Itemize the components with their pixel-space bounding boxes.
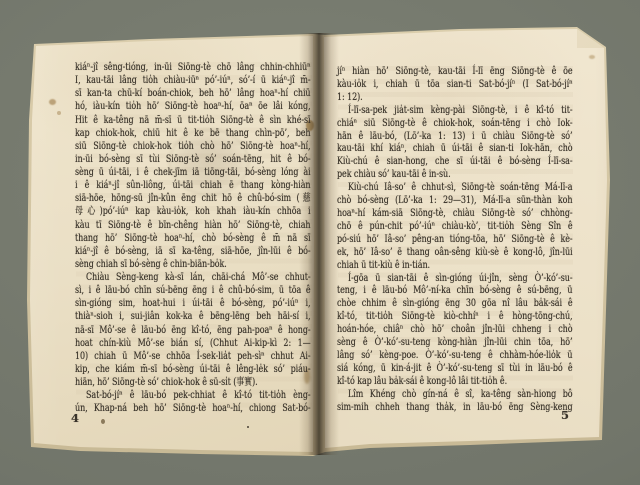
text-line: Kiù-chú Iâ-so’ ê chhut-sì, Siōng-tè soán… <box>337 182 573 195</box>
text-line: Í-lī-sa-pek jia̍t-sim kèng-pài Siōng-tè,… <box>337 105 573 118</box>
text-line: 10) chiah ū Mô’-se chhōa Í-sek-lia̍t peh… <box>75 350 311 363</box>
paper-stain <box>247 426 249 428</box>
text-line: sìn-gióng sim, hoat-hui i úi-tāi ê bó-sè… <box>75 297 311 310</box>
text-line: chiáⁿ siū Siōng-tè ê chiok-hok, soán-tēn… <box>337 118 573 131</box>
text-line: sim-mih chheh thang tha̍k, in lāu-bó ēng… <box>337 402 573 415</box>
paragraph: Í-gōa ū sian-tāi ê sìn-gióng úi-jîn, sèn… <box>337 273 573 389</box>
open-book-photo: kiáⁿ-jî sêng-tióng, in-ūi Siōng-tè chō l… <box>0 0 640 485</box>
text-line: sèng ū úi-tāi, i ê chek-jīm iā tiōng-tāi… <box>75 166 311 179</box>
text-line: 母心)pó’-iúⁿ kap kàu-io̍k, koh khah iàu-kí… <box>75 205 311 218</box>
paragraph: kiáⁿ-jî sêng-tióng, in-ūi Siōng-tè chō l… <box>75 61 311 271</box>
text-line: thang hō’ Siōng-tè hoaⁿ-hí, chò bó-sèng … <box>75 232 311 245</box>
paragraph: Sat-bó-jíⁿ ê lāu-bó pek-chhiat ê kî-tó t… <box>75 389 311 415</box>
left-page-text: kiáⁿ-jî sêng-tióng, in-ūi Siōng-tè chō l… <box>75 61 311 415</box>
paragraph: Chiàu Sèng-keng kà-sī lán, chāi-chá Mô’-… <box>75 271 311 389</box>
paper-stain <box>49 99 56 105</box>
text-line: kàu-io̍k i, chiah ū tōa sian-ti Sat-bó-j… <box>337 79 573 92</box>
text-line: siā-hōe, hōng-sū jîn-kûn ēng chit hō ê c… <box>75 192 311 205</box>
text-line: kau-tāi khí kiáⁿ, chiah ū úi-tāi ê sian-… <box>337 143 573 156</box>
paragraph: Kiù-chú Iâ-so’ ê chhut-sì, Siōng-tè soán… <box>337 182 573 272</box>
paper-stain <box>57 111 61 115</box>
text-line: siū Siōng-tè chiok-hok tio̍h chò hō’ Siō… <box>75 140 311 153</box>
text-line: kàu tī Siōng-tè ê bīn-chêng hiàn hō’ Siō… <box>75 219 311 232</box>
paragraph: Lîm Khéng chò gín-ná ê sî, ka-têng sàn-h… <box>337 389 573 415</box>
right-page-number: 5 <box>561 408 569 422</box>
right-page-text: jíⁿ hiàn hō’ Siōng-tè, kau-tāi Í-lī ēng … <box>337 66 573 414</box>
text-line: teng, i ê lāu-bó Mô’-ní-ka chīn bó-sèng … <box>337 285 573 298</box>
text-line: thiàⁿ-sioh i, sui-jiân kok-ka ê bēng-lēn… <box>75 310 311 323</box>
paragraph: jíⁿ hiàn hō’ Siōng-tè, kau-tāi Í-lī ēng … <box>337 66 573 105</box>
text-line: in-ūi bó-sèng sī tùi Siōng-tè só’ soán-t… <box>75 153 311 166</box>
text-line: chiah ū tit-kiù ê in-tián. <box>337 260 573 273</box>
text-line: 1: 12). <box>337 92 573 105</box>
text-line: kiáⁿ-jî sêng-tióng, in-ūi Siōng-tè chō l… <box>75 61 311 74</box>
text-line: Hit ê ka-têng nā m̄-sī ū tit-tio̍h Siōng… <box>75 114 311 127</box>
text-line: kî-tó, tit-tio̍h Siōng-tè kiò-chhíⁿ i ê … <box>337 311 573 324</box>
text-line: sèng chiah sī bó-sèng ê chin-biān-bo̍k. <box>75 258 311 271</box>
text-line: kip, che kiám m̄-sī bó-sèng úi-tāi ê lên… <box>75 363 311 376</box>
text-line: I, kau-tāi lâng tio̍h chiàu-iūⁿ pó’-iúⁿ,… <box>75 74 311 87</box>
text-line: chòe chhim ê sìn-gióng ēng 30 gōa nî lâu… <box>337 298 573 311</box>
text-line: siá kóng, ū kin-á-jit ê Ò’-kó’-su-teng s… <box>337 363 573 376</box>
text-line: sèng ê Ò’-kó’-su-teng kòng-hiàn jîn-lūi … <box>337 337 573 350</box>
left-page-number: 4 <box>71 411 79 425</box>
paragraph: Í-lī-sa-pek jia̍t-sim kèng-pài Siōng-tè,… <box>337 105 573 182</box>
text-line: chò bó-sèng (Lō’-ka 1: 29—31), Má-lī-a s… <box>337 195 573 208</box>
text-line: chō ê pún-chit pó’-iúⁿ chiàu-kò’, tit-ti… <box>337 221 573 234</box>
text-line: hoat chín-kiù Mô’-se bián sí, (Chhut Ai-… <box>75 337 311 350</box>
text-line: hoaⁿ-hí kám-siā Siōng-tè, chiàu Siōng-tè… <box>337 208 573 221</box>
text-line: nā-sī Mô’-se ê lāu-bó ēng kî-tó, ēng pah… <box>75 324 311 337</box>
text-line: i ê kiáⁿ-jî sûn-liông, úi-tāi chiah ē th… <box>75 179 311 192</box>
text-line: sì, i ê lāu-bó chīn sú-bēng ēng i ê chû-… <box>75 284 311 297</box>
text-line: lâng só’ kèng-poe. Ò’-kó’-su-teng ê chhà… <box>337 350 573 363</box>
text-line: Í-gōa ū sian-tāi ê sìn-gióng úi-jîn, sèn… <box>337 273 573 286</box>
text-line: hoán-hóe, chiâⁿ chò hō’ choân jîn-lūi ch… <box>337 324 573 337</box>
text-line: Sat-bó-jíⁿ ê lāu-bó pek-chhiat ê kî-tó t… <box>75 389 311 402</box>
text-line: kap chiok-hok, chiū hit ê ke bē thang ch… <box>75 127 311 140</box>
text-line: kiáⁿ-jî ê bó-sèng, iā sī ka-têng, siā-hō… <box>75 245 311 258</box>
text-line: kî-tó kap lâu ba̍k-sái ê kong-lô lâi tit… <box>337 376 573 389</box>
text-line: ún, Khap-ná beh hō’ Siōng-tè hoaⁿ-hí, ch… <box>75 402 311 415</box>
text-line: hiān, hō’ Siōng-tè só’ chiok-hok ê sū-si… <box>75 376 311 389</box>
text-line: pó-siú hō’ Iâ-so’ pêng-an tióng-tōa, hō’… <box>337 234 573 247</box>
text-line: pek chiàu só’ kau-tāi ê in-sù. <box>337 169 573 182</box>
text-line: Lîm Khéng chò gín-ná ê sî, ka-têng sàn-h… <box>337 389 573 402</box>
paper-stain <box>589 55 595 59</box>
text-line: sī kan-ta chū-kí boán-chiok, beh hō’ lân… <box>75 87 311 100</box>
text-line: Kiù-chú ê sian-hong, che sī úi-tāi ê bó-… <box>337 156 573 169</box>
text-line: Chiàu Sèng-keng kà-sī lán, chāi-chá Mô’-… <box>75 271 311 284</box>
text-line: ek, hō’ Iâ-so’ ē thang oân-sêng kiù-sè ê… <box>337 247 573 260</box>
paper-stain <box>101 419 105 424</box>
text-line: hān ê lāu-bó, (Lō’-ka 1: 13) i ū chiàu S… <box>337 131 573 144</box>
text-line: hó, iàu-kín tio̍h hō’ Siōng-tè hoaⁿ-hí, … <box>75 100 311 113</box>
text-line: jíⁿ hiàn hō’ Siōng-tè, kau-tāi Í-lī ēng … <box>337 66 573 79</box>
